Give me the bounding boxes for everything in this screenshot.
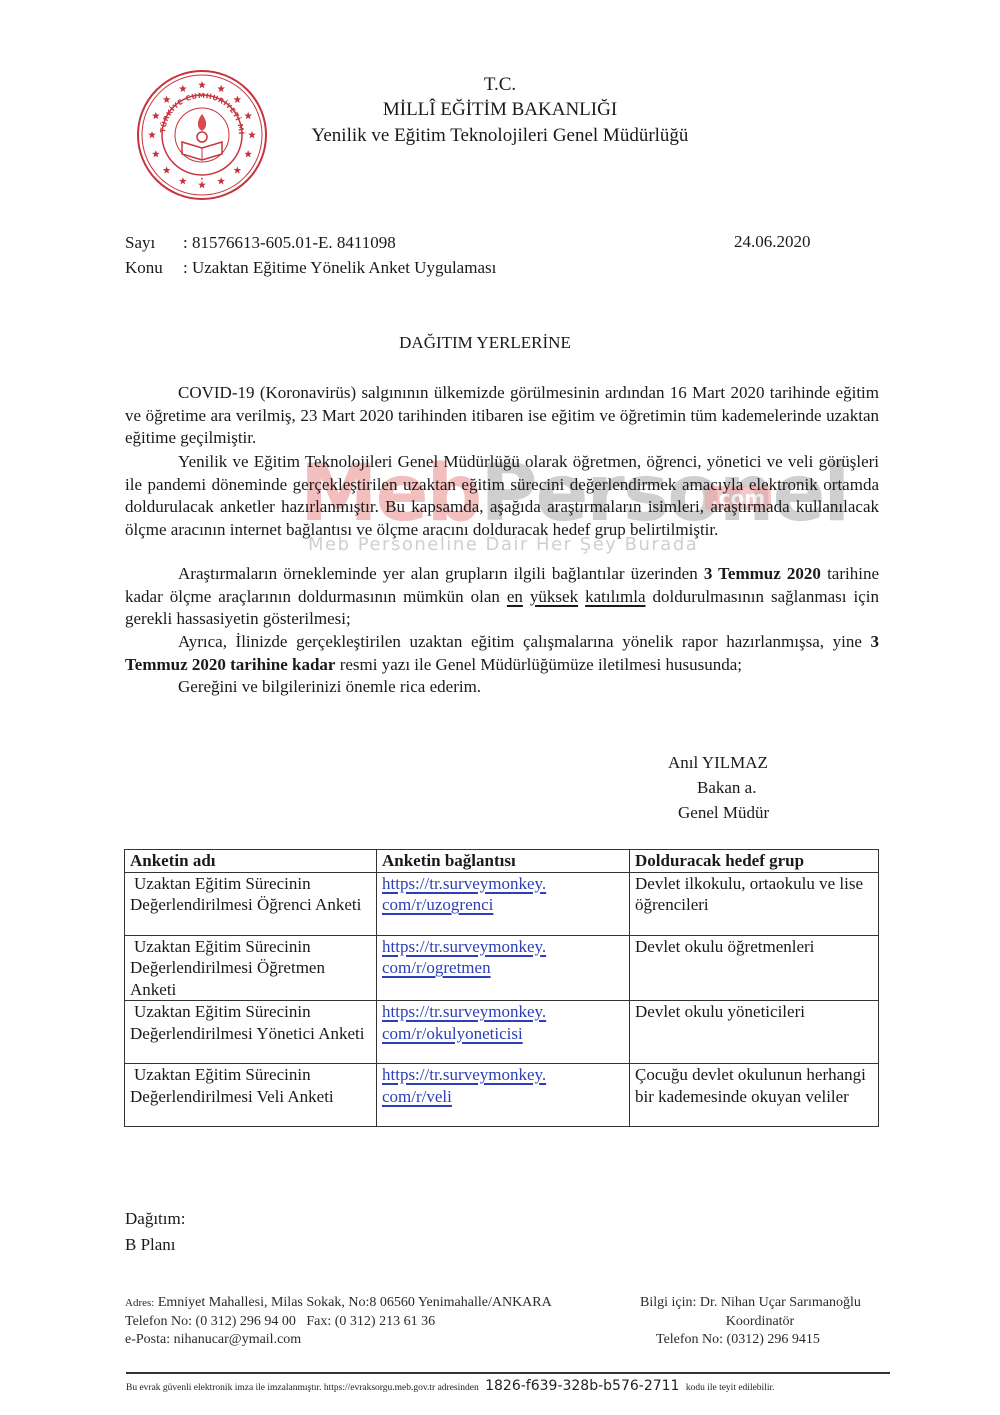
info-phone: Telefon No: (0312) 296 9415 xyxy=(640,1331,880,1350)
address-label: Adres: xyxy=(125,1297,154,1309)
footer-email: e-Posta: nihanucar@ymail.com xyxy=(125,1331,552,1350)
header-department: Yenilik ve Eğitim Teknolojileri Genel Mü… xyxy=(290,123,710,149)
konu-value: : Uzaktan Eğitime Yönelik Anket Uygulama… xyxy=(183,258,496,277)
survey-link-cell: https://tr.surveymonkey.com/r/ogretmen xyxy=(377,935,630,1001)
col-header-link: Anketin bağlantısı xyxy=(377,850,630,873)
survey-target: Devlet okulu öğretmenleri xyxy=(630,935,879,1001)
survey-target: Devlet okulu yöneticileri xyxy=(630,1001,879,1064)
info-contact: Bilgi için: Dr. Nihan Uçar Sarımanoğlu xyxy=(640,1294,880,1313)
p3-underline-1: en xyxy=(507,587,523,606)
survey-name: Uzaktan Eğitim Sürecinin Değerlendirilme… xyxy=(130,1001,371,1044)
survey-name-cell: Uzaktan Eğitim Sürecinin Değerlendirilme… xyxy=(125,935,377,1001)
paragraph-5: Gereğini ve bilgilerinizi önemle rica ed… xyxy=(125,676,879,699)
survey-name: Uzaktan Eğitim Sürecinin Değerlendirilme… xyxy=(130,936,371,1001)
table-row: Uzaktan Eğitim Sürecinin Değerlendirilme… xyxy=(125,1064,879,1127)
paragraph-4: Ayrıca, İlinizde gerçekleştirilen uzakta… xyxy=(125,631,879,676)
distribution-value: B Planı xyxy=(125,1235,176,1255)
sayi-label: Sayı xyxy=(125,232,183,254)
ministry-seal-icon: • TÜRKİYE CUMHURİYETİ MİLLÎ EĞİTİM xyxy=(135,68,269,202)
addressee-text: DAĞITIM YERLERİNE xyxy=(399,333,571,352)
survey-table: Anketin adı Anketin bağlantısı Dolduraca… xyxy=(124,849,879,1127)
table-row: Uzaktan Eğitim Sürecinin Değerlendirilme… xyxy=(125,872,879,935)
paragraph-1: COVID-19 (Koronavirüs) salgınının ülkemi… xyxy=(125,382,879,450)
p3-text-a: Araştırmaların örnekleminde yer alan gru… xyxy=(178,564,704,583)
addressee: DAĞITIM YERLERİNE xyxy=(0,333,1000,353)
p3-underline-3: katılımla xyxy=(585,587,645,606)
survey-name: Uzaktan Eğitim Sürecinin Değerlendirilme… xyxy=(130,1064,371,1107)
info-title: Koordinatör xyxy=(640,1313,880,1332)
survey-link-line1[interactable]: https://tr.surveymonkey. xyxy=(382,937,546,956)
footer-contact: Adres: Emniyet Mahallesi, Milas Sokak, N… xyxy=(125,1294,552,1350)
survey-target: Devlet ilkokulu, ortaokulu ve lise öğren… xyxy=(630,872,879,935)
survey-target: Çocuğu devlet okulunun herhangi bir kade… xyxy=(630,1064,879,1127)
signatory-role-1: Bakan a. xyxy=(697,775,756,800)
verification-code: 1826-f639-328b-b576-2711 xyxy=(485,1378,679,1394)
p4-text-a: Ayrıca, İlinizde gerçekleştirilen uzakta… xyxy=(178,632,871,651)
survey-link-line2[interactable]: com/r/okulyoneticisi xyxy=(382,1024,523,1043)
header-country: T.C. xyxy=(290,72,710,98)
survey-name-cell: Uzaktan Eğitim Sürecinin Değerlendirilme… xyxy=(125,1064,377,1127)
survey-link-line2[interactable]: com/r/ogretmen xyxy=(382,958,491,977)
verify-prefix: Bu evrak güvenli elektronik imza ile imz… xyxy=(126,1383,479,1393)
signatory-role-2: Genel Müdür xyxy=(678,800,769,825)
col-header-name: Anketin adı xyxy=(125,850,377,873)
verification-note: Bu evrak güvenli elektronik imza ile imz… xyxy=(126,1378,896,1394)
document-date: 24.06.2020 xyxy=(734,232,811,252)
address-text: Emniyet Mahallesi, Milas Sokak, No:8 065… xyxy=(158,1295,552,1310)
p3-underline-2: yüksek xyxy=(530,587,578,606)
p4-text-b: resmi yazı ile Genel Müdürlüğümüze ileti… xyxy=(335,655,742,674)
survey-name-cell: Uzaktan Eğitim Sürecinin Değerlendirilme… xyxy=(125,1001,377,1064)
verify-suffix: kodu ile teyit edilebilir. xyxy=(686,1383,775,1393)
distribution-label: Dağıtım: xyxy=(125,1209,185,1229)
subject: Konu: Uzaktan Eğitime Yönelik Anket Uygu… xyxy=(125,257,496,279)
survey-link-line1[interactable]: https://tr.surveymonkey. xyxy=(382,1065,546,1084)
table-row: Uzaktan Eğitim Sürecinin Değerlendirilme… xyxy=(125,1001,879,1064)
survey-link-cell: https://tr.surveymonkey.com/r/uzogrenci xyxy=(377,872,630,935)
survey-link-cell: https://tr.surveymonkey.com/r/okulyoneti… xyxy=(377,1001,630,1064)
footer-phone-fax: Telefon No: (0 312) 296 94 00 Fax: (0 31… xyxy=(125,1313,552,1332)
p3-deadline: 3 Temmuz 2020 xyxy=(704,564,821,583)
sayi-value: : 81576613-605.01-E. 8411098 xyxy=(183,233,396,252)
table-header-row: Anketin adı Anketin bağlantısı Dolduraca… xyxy=(125,850,879,873)
reference-number: Sayı: 81576613-605.01-E. 8411098 xyxy=(125,232,396,254)
col-header-target: Dolduracak hedef grup xyxy=(630,850,879,873)
footer-divider xyxy=(126,1372,890,1374)
survey-link-line2[interactable]: com/r/uzogrenci xyxy=(382,895,493,914)
survey-name-cell: Uzaktan Eğitim Sürecinin Değerlendirilme… xyxy=(125,872,377,935)
survey-link-line1[interactable]: https://tr.surveymonkey. xyxy=(382,1002,546,1021)
signatory-name: Anıl YILMAZ xyxy=(668,750,768,775)
survey-link-line1[interactable]: https://tr.surveymonkey. xyxy=(382,874,546,893)
survey-link-line2[interactable]: com/r/veli xyxy=(382,1087,452,1106)
survey-link-cell: https://tr.surveymonkey.com/r/veli xyxy=(377,1064,630,1127)
footer-address: Adres: Emniyet Mahallesi, Milas Sokak, N… xyxy=(125,1294,552,1313)
paragraph-2: Yenilik ve Eğitim Teknolojileri Genel Mü… xyxy=(125,451,879,541)
table-row: Uzaktan Eğitim Sürecinin Değerlendirilme… xyxy=(125,935,879,1001)
footer-info: Bilgi için: Dr. Nihan Uçar Sarımanoğlu K… xyxy=(640,1294,880,1350)
konu-label: Konu xyxy=(125,257,183,279)
survey-name: Uzaktan Eğitim Sürecinin Değerlendirilme… xyxy=(130,873,371,916)
svg-text:•: • xyxy=(200,176,204,183)
paragraph-3: Araştırmaların örnekleminde yer alan gru… xyxy=(125,563,879,631)
header-ministry: MİLLÎ EĞİTİM BAKANLIĞI xyxy=(290,97,710,123)
